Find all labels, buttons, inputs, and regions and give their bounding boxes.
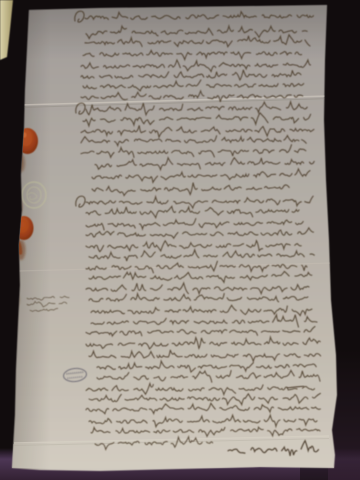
manuscript-photo	[0, 0, 360, 480]
photo-haze	[0, 0, 360, 480]
scene	[0, 0, 360, 480]
